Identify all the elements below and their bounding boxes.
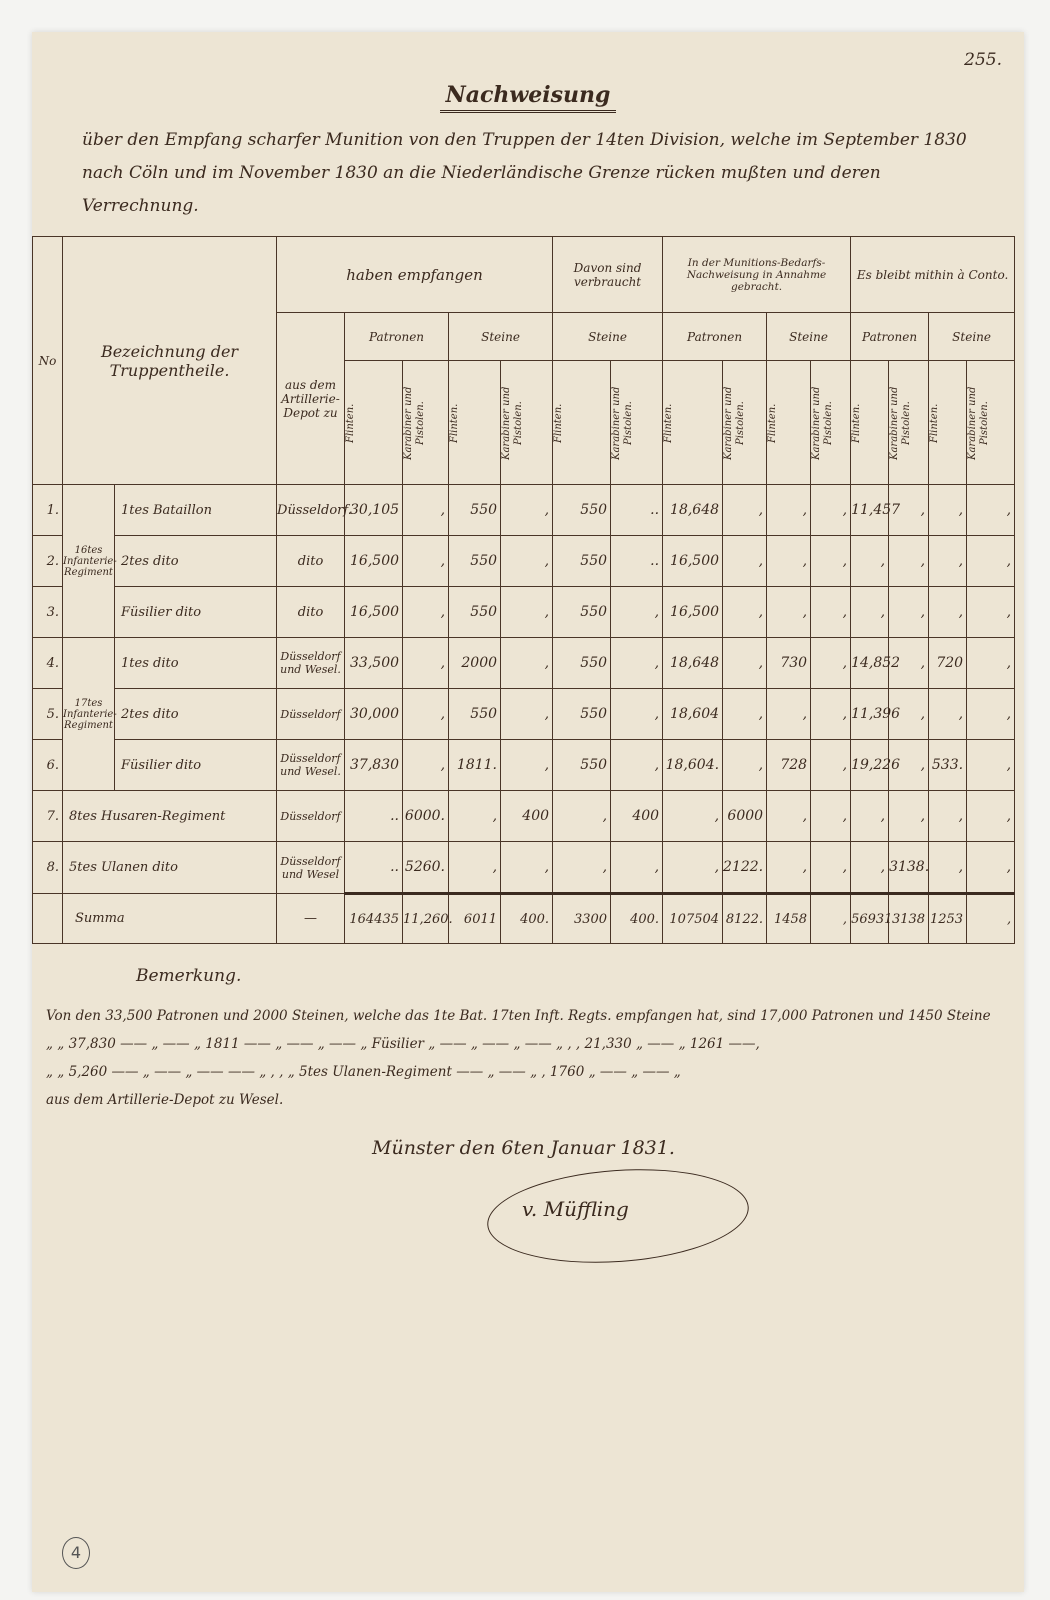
document-subtitle: über den Empfang scharfer Munition von d… xyxy=(82,124,994,223)
archive-mark: 4 xyxy=(62,1537,90,1569)
table-row: 8. 5tes Ulanen dito Düsseldorf und Wesel… xyxy=(33,842,1015,894)
summa-row: Summa — 164435 11,260. 6011 400. 3300 40… xyxy=(33,894,1015,944)
document-title: Nachweisung xyxy=(32,82,1024,108)
table-row: 5. 2tes dito Düsseldorf 30,000 , 550 , 5… xyxy=(33,689,1015,740)
remarks-line: „ „ 5,260 —— „ —— „ —— —— „ , , „ 5tes U… xyxy=(46,1058,1006,1086)
header-nr: No xyxy=(33,237,63,485)
summa-label: Summa xyxy=(63,894,277,944)
table-row: 1. 16tes Infanterie-Regiment 1tes Batail… xyxy=(33,485,1015,536)
remarks-line: aus dem Artillerie-Depot zu Wesel. xyxy=(46,1086,1006,1114)
remarks-line: Von den 33,500 Patronen und 2000 Steinen… xyxy=(46,1002,1006,1030)
header-rem-steine: Steine xyxy=(929,313,1015,361)
regiment-cell: 17tes Infanterie-Regiment xyxy=(63,638,115,791)
folio-number: 255. xyxy=(964,50,1002,70)
header-karabiner: Karabiner und Pistolen. xyxy=(967,364,991,482)
remarks-section: Bemerkung. Von den 33,500 Patronen und 2… xyxy=(46,966,1006,1114)
remarks-line: „ „ 37,830 —— „ —— „ 1811 —— „ —— „ —— „… xyxy=(46,1030,1006,1058)
header-flinten: Flinten. xyxy=(345,364,357,482)
header-flinten: Flinten. xyxy=(851,364,863,482)
header-karabiner: Karabiner und Pistolen. xyxy=(889,364,913,482)
header-accepted: In der Munitions-Bedarfs-Nachweisung in … xyxy=(663,237,851,313)
table-row: 3. Füsilier dito dito 16,500 , 550 , 550… xyxy=(33,587,1015,638)
header-flinten: Flinten. xyxy=(767,364,779,482)
header-karabiner: Karabiner und Pistolen. xyxy=(403,364,427,482)
header-karabiner: Karabiner und Pistolen. xyxy=(611,364,635,482)
header-recv-patronen: Patronen xyxy=(345,313,449,361)
header-recv-steine: Steine xyxy=(449,313,553,361)
document-page: 255. Nachweisung über den Empfang scharf… xyxy=(32,32,1024,1592)
header-received: haben empfangen xyxy=(277,237,553,313)
header-rem-patronen: Patronen xyxy=(851,313,929,361)
header-unit: Bezeichnung der Truppentheile. xyxy=(63,237,277,485)
table-row: 4. 17tes Infanterie-Regiment 1tes dito D… xyxy=(33,638,1015,689)
regiment-cell: 16tes Infanterie-Regiment xyxy=(63,485,115,638)
header-used: Davon sind verbraucht xyxy=(553,237,663,313)
header-acc-steine: Steine xyxy=(767,313,851,361)
header-flinten: Flinten. xyxy=(449,364,461,482)
signature: v. Müffling xyxy=(522,1197,629,1221)
header-karabiner: Karabiner und Pistolen. xyxy=(811,364,835,482)
table-row: 7. 8tes Husaren-Regiment Düsseldorf .. 6… xyxy=(33,791,1015,842)
ammunition-table: No Bezeichnung der Truppentheile. haben … xyxy=(32,236,1015,944)
header-flinten: Flinten. xyxy=(929,364,941,482)
header-flinten: Flinten. xyxy=(553,364,565,482)
table-row: 6. Füsilier dito Düsseldorf und Wesel. 3… xyxy=(33,740,1015,791)
remarks-heading: Bemerkung. xyxy=(136,966,1006,986)
header-karabiner: Karabiner und Pistolen. xyxy=(723,364,747,482)
header-flinten: Flinten. xyxy=(663,364,675,482)
header-remaining: Es bleibt mithin à Conto. xyxy=(851,237,1015,313)
table-row: 2. 2tes dito dito 16,500 , 550 , 550 .. … xyxy=(33,536,1015,587)
header-acc-patronen: Patronen xyxy=(663,313,767,361)
place-date: Münster den 6ten Januar 1831. xyxy=(372,1137,675,1159)
header-karabiner: Karabiner und Pistolen. xyxy=(501,364,525,482)
header-depot: aus dem Artillerie-Depot zu xyxy=(277,313,345,485)
header-used-steine: Steine xyxy=(553,313,663,361)
